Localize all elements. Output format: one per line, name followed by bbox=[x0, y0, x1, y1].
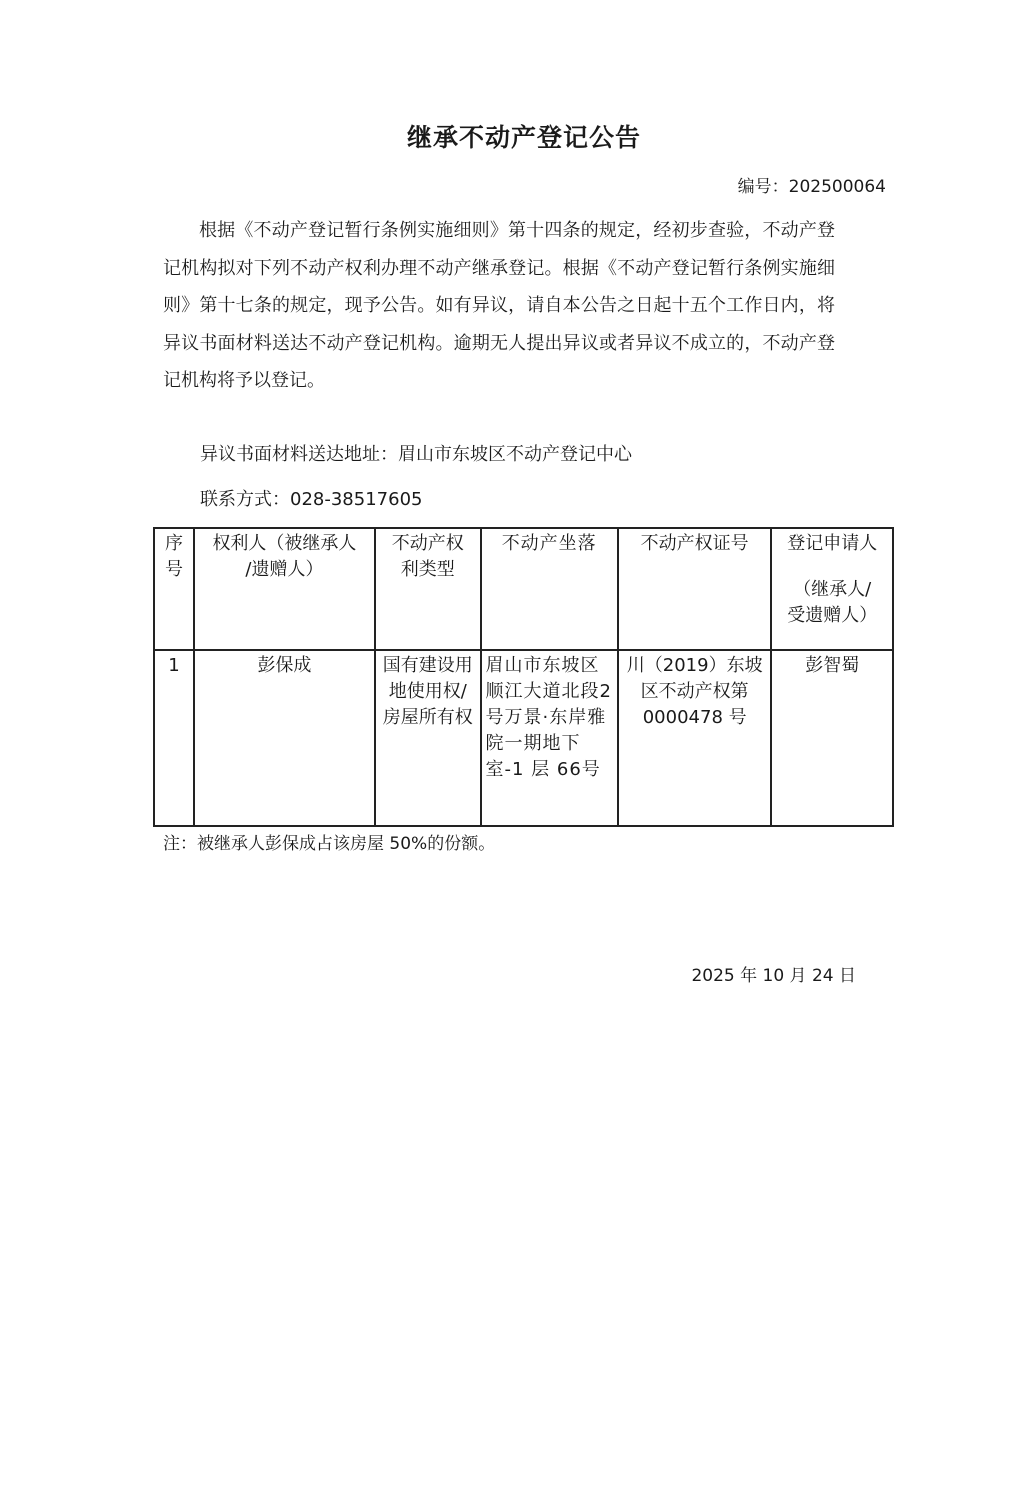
issue-date: 2025 年 10 月 24 日 bbox=[691, 961, 856, 986]
cell-applicant: 彭智蜀 bbox=[771, 650, 893, 826]
header-applicant: 登记申请人 （继承人/ 受遗赠人） bbox=[771, 528, 893, 650]
table-row: 1 彭保成 国有建设用地使用权/房屋所有权 眉山市东坡区顺江大道北段2 号万景·… bbox=[154, 650, 893, 826]
contact-info: 联系方式：028-38517605 bbox=[200, 485, 422, 511]
cell-right-holder: 彭保成 bbox=[194, 650, 375, 826]
footnote: 注：被继承人彭保成占该房屋 50%的份额。 bbox=[163, 829, 495, 854]
table-header-row: 序 号 权利人（被继承人 /遗赠人） 不动产权 利类型 不动产坐落 不动产权证号… bbox=[154, 528, 893, 650]
objection-address: 异议书面材料送达地址：眉山市东坡区不动产登记中心 bbox=[200, 440, 632, 466]
cell-seq: 1 bbox=[154, 650, 194, 826]
page-title: 继承不动产登记公告 bbox=[0, 118, 1024, 154]
cell-right-type: 国有建设用地使用权/房屋所有权 bbox=[375, 650, 481, 826]
header-right-holder: 权利人（被继承人 /遗赠人） bbox=[194, 528, 375, 650]
announcement-body: 根据《不动产登记暂行条例实施细则》第十四条的规定，经初步查验，不动产登记机构拟对… bbox=[163, 212, 835, 400]
header-seq: 序 号 bbox=[154, 528, 194, 650]
document-number: 编号：202500064 bbox=[738, 172, 886, 197]
cell-certificate-no: 川（2019）东坡区不动产权第0000478 号 bbox=[618, 650, 772, 826]
header-location: 不动产坐落 bbox=[481, 528, 618, 650]
cell-location: 眉山市东坡区顺江大道北段2 号万景·东岸雅院一期地下室-1 层 66号 bbox=[481, 650, 618, 826]
header-right-type: 不动产权 利类型 bbox=[375, 528, 481, 650]
registration-table: 序 号 权利人（被继承人 /遗赠人） 不动产权 利类型 不动产坐落 不动产权证号… bbox=[153, 527, 894, 827]
header-certificate-no: 不动产权证号 bbox=[618, 528, 772, 650]
